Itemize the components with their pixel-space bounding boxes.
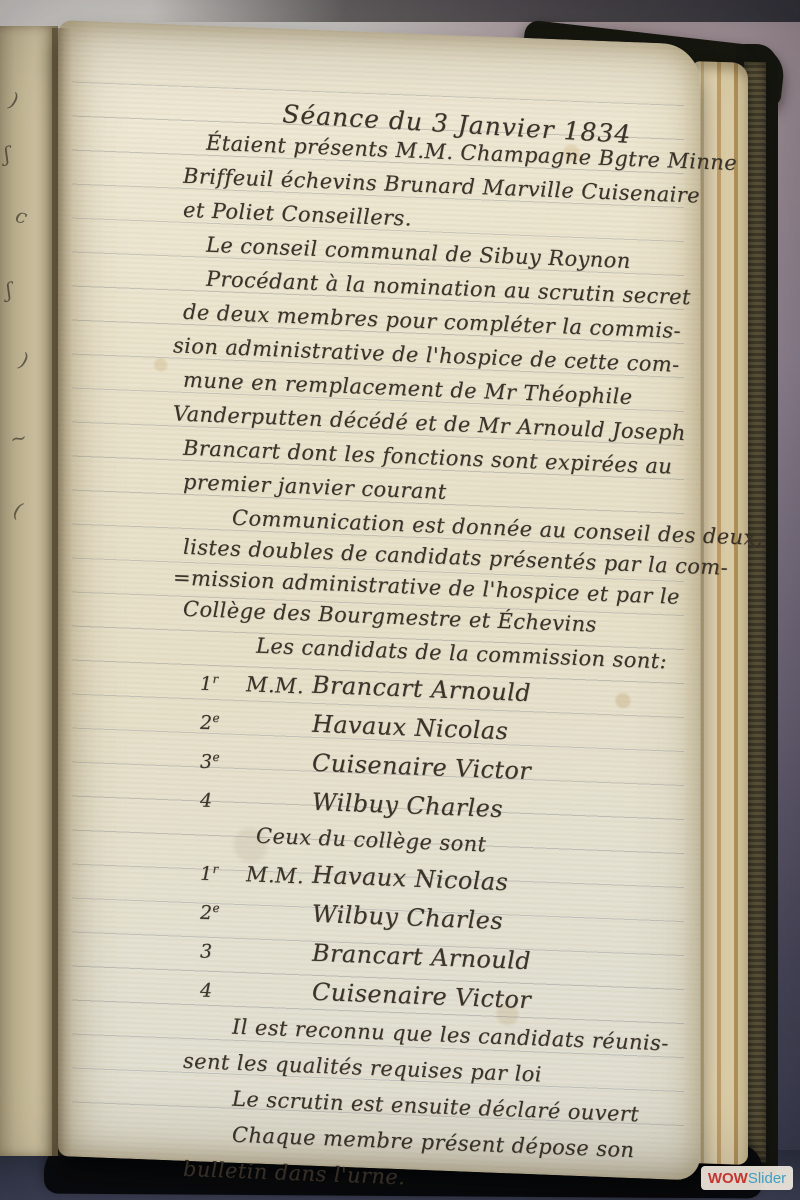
- left-page-writing-fragment: ): [17, 347, 31, 372]
- manuscript-page: Séance du 3 Janvier 1834Étaient présents…: [58, 20, 700, 1181]
- left-page-writing-fragment: ʃ: [2, 142, 12, 167]
- page-fore-edges: [692, 61, 748, 1165]
- facing-page-strip: )ʃcʃ)~(: [0, 26, 58, 1156]
- watermark-wow-text: WOW: [708, 1170, 748, 1187]
- photo-of-register-page: )ʃcʃ)~( Séance du 3 Janvier 1834Étaient …: [0, 0, 800, 1200]
- left-page-writing-fragment: ): [7, 87, 21, 112]
- left-page-writing-fragment: ʃ: [4, 278, 14, 303]
- left-page-writing-fragment: ~: [8, 425, 29, 452]
- watermark-slider-text: Slider: [748, 1170, 786, 1187]
- gutter-shadow: [52, 28, 72, 1156]
- left-page-writing-fragment: (: [11, 497, 25, 522]
- wall-shadow-band: [150, 0, 800, 22]
- wowslider-watermark[interactable]: WOWSlider: [701, 1166, 793, 1190]
- left-page-writing-fragment: c: [13, 203, 30, 229]
- manuscript-lines: Séance du 3 Janvier 1834Étaient présents…: [58, 72, 694, 1200]
